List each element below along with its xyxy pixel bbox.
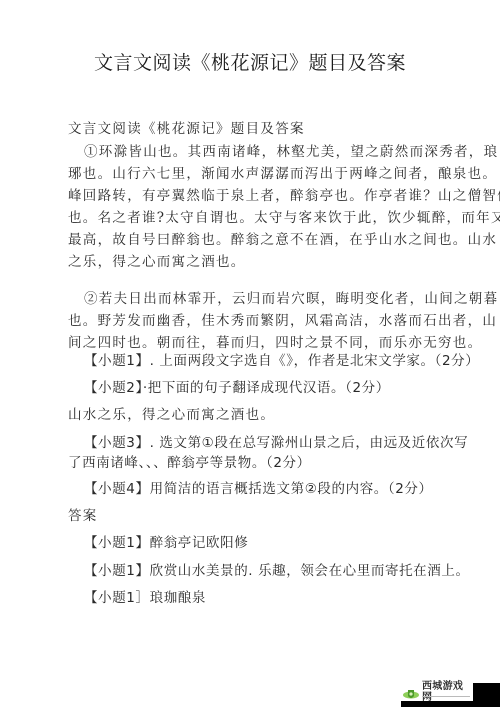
question-2-sentence: 山水之乐，得之心而寓之酒也。 xyxy=(68,404,428,426)
question-tag: 【小题4】 xyxy=(84,481,150,497)
answer-text: 琅珈酿泉 xyxy=(150,590,206,606)
question-text: . 选文第①段在总写滁州山景之后，由远及近依次写 xyxy=(150,435,469,451)
question-4: 【小题4】用简洁的语言概括选文第②段的内容。（2分） xyxy=(84,478,444,500)
watermark-subtext xyxy=(422,696,470,697)
answer-tag: 【小题1］ xyxy=(84,590,150,606)
passage1-line: 之乐，得之心而寓之酒也。 xyxy=(68,251,428,273)
passage1-line: 琊也。山行六七里，渐闻水声潺潺而泻出于两峰之间者，酿泉也。 xyxy=(68,163,428,185)
question-3: 【小题3】. 选文第①段在总写滁州山景之后，由远及近依次写 xyxy=(84,432,444,454)
question-tag: 【小题3】 xyxy=(84,435,150,451)
answer-1: 【小题1】醉翁亭记欧阳修 xyxy=(84,532,444,554)
passage2-line: 也。野芳发而幽香，佳木秀而繁阴，风霜高洁，水落而石出者，山 xyxy=(68,310,428,332)
answer-text: 欣赏山水美景的. 乐趣，领会在心里而寄托在酒上。 xyxy=(150,563,470,579)
question-3-continued: 了西南诸峰、、、醉翁亭等景物。（2分） xyxy=(68,452,428,474)
question-tag: 【小题1】 xyxy=(84,353,150,369)
shield-leaf-icon xyxy=(403,686,419,698)
answer-2: 【小题1】欣赏山水美景的. 乐趣，领会在心里而寄托在酒上。 xyxy=(84,560,444,582)
answer-heading: 答案 xyxy=(68,505,428,527)
question-text: . 上面两段文字选自《》，作者是北宋文学家。（2分） xyxy=(150,353,480,369)
passage1-line: 峰回路转，有亭翼然临于泉上者，醉翁亭也。作亭者谁？山之僧智仙 xyxy=(68,185,428,207)
passage2-line: ②若夫日出而林霏开，云归而岩穴暝，晦明变化者，山间之朝暮 xyxy=(84,288,444,310)
answer-3: 【小题1］琅珈酿泉 xyxy=(84,587,444,609)
question-1: 【小题1】. 上面两段文字选自《》，作者是北宋文学家。（2分） xyxy=(84,350,444,372)
page-title: 文言文阅读《桃花源记》题目及答案 xyxy=(0,48,500,75)
watermark-logo: 西城游戏网 xyxy=(401,683,473,700)
answer-text: 醉翁亭记欧阳修 xyxy=(150,535,249,551)
watermark-brand: 西城游戏网 xyxy=(422,681,473,703)
question-text: 用简洁的语言概括选文第②段的内容。（2分） xyxy=(150,481,433,497)
question-text: ·把下面的句子翻译成现代汉语。（2分） xyxy=(143,380,390,396)
question-2: 【小题2】·把下面的句子翻译成现代汉语。（2分） xyxy=(84,377,444,399)
question-tag: 【小题2】 xyxy=(84,380,143,396)
passage1-line: 最高，故自号曰醉翁也。醉翁之意不在酒，在乎山水之间也。山水 xyxy=(68,229,428,251)
answer-tag: 【小题1】 xyxy=(84,535,150,551)
passage1-line: ①环滁皆山也。其西南诸峰，林壑尤美，望之蔚然而深秀者，琅 xyxy=(84,141,444,163)
document-subtitle: 文言文阅读《桃花源记》题目及答案 xyxy=(68,118,428,140)
answer-tag: 【小题1】 xyxy=(84,563,150,579)
passage1-line: 也。名之者谁?太守自谓也。太守与客来饮于此，饮少辄醉，而年又 xyxy=(68,207,428,229)
